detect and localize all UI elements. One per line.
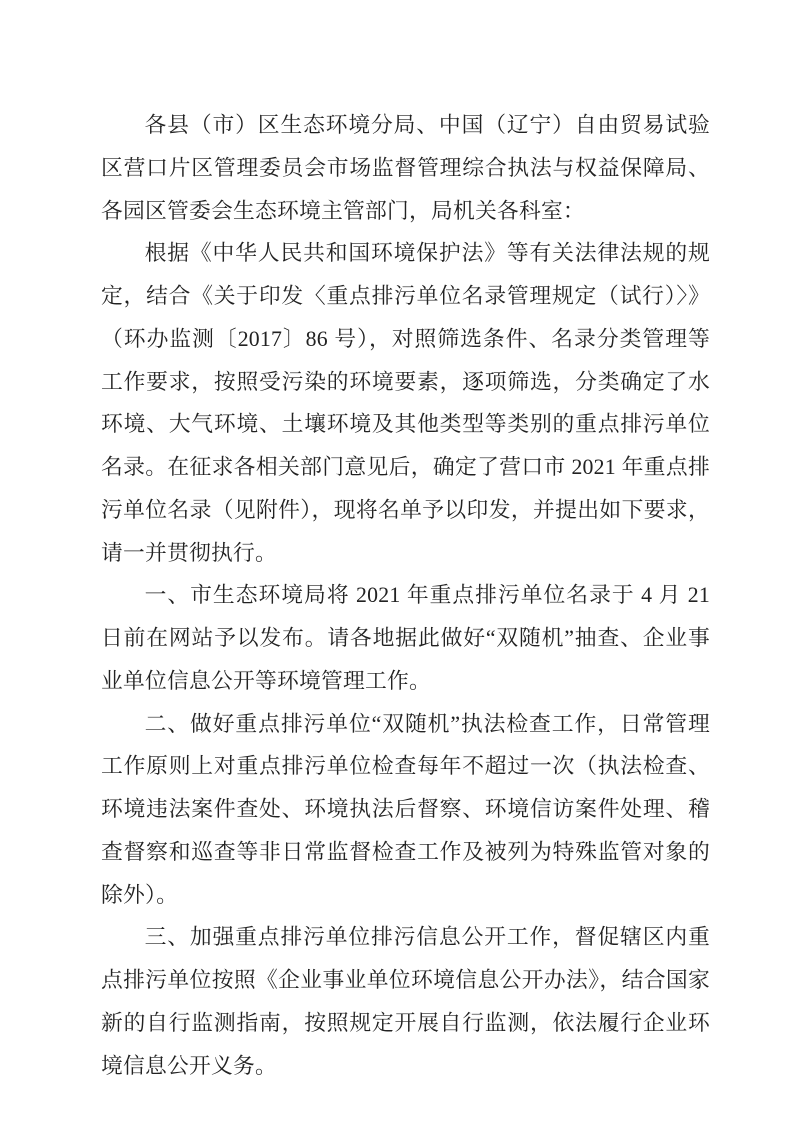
document-body: 各县（市）区生态环境分局、中国（辽宁）自由贸易试验区营口片区管理委员会市场监督管…: [101, 104, 710, 1087]
paragraph-introduction: 根据《中华人民共和国环境保护法》等有关法律法规的规定，结合《关于印发〈重点排污单…: [101, 232, 710, 574]
paragraph-recipients: 各县（市）区生态环境分局、中国（辽宁）自由贸易试验区营口片区管理委员会市场监督管…: [101, 104, 710, 232]
document-page: 各县（市）区生态环境分局、中国（辽宁）自由贸易试验区营口片区管理委员会市场监督管…: [0, 0, 793, 1122]
paragraph-item-1: 一、市生态环境局将 2021 年重点排污单位名录于 4 月 21 日前在网站予以…: [101, 574, 710, 702]
paragraph-item-2: 二、做好重点排污单位“双随机”执法检查工作，日常管理工作原则上对重点排污单位检查…: [101, 703, 710, 917]
paragraph-item-3: 三、加强重点排污单位排污信息公开工作，督促辖区内重点排污单位按照《企业事业单位环…: [101, 916, 710, 1087]
